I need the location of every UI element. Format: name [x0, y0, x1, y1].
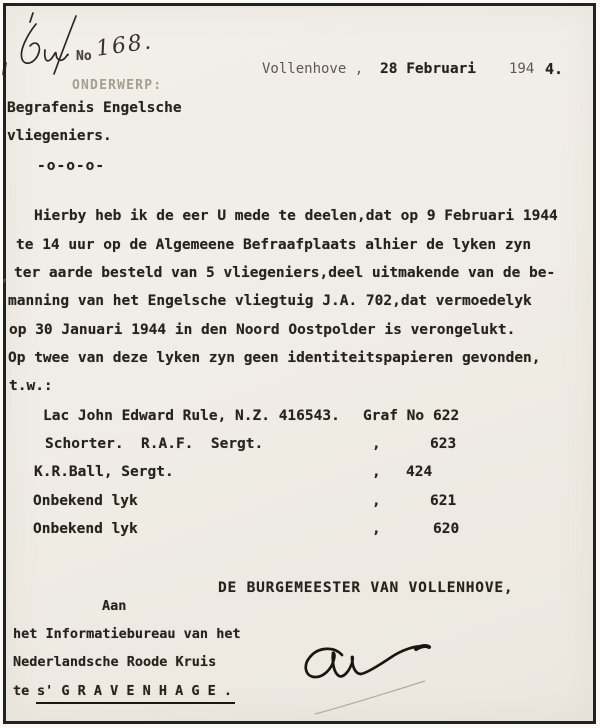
ditto-mark: ,: [372, 465, 381, 481]
grave-name: Onbekend lyk: [33, 494, 138, 510]
graf-no-label: Graf No: [363, 409, 424, 425]
body-line: ter aarde besteld van 5 vliegeniers,deel…: [14, 266, 555, 282]
body-line: Op twee van deze lyken zyn geen identite…: [8, 351, 541, 367]
addressee-te-label: te: [13, 684, 29, 699]
ditto-mark: ,: [372, 494, 381, 510]
ditto-mark: ,: [372, 437, 381, 453]
dateline-day-month: 28 Februari: [380, 62, 476, 78]
addressee-city: s' G R A V E N H A G E .: [36, 684, 235, 704]
grave-name: Lac John Edward Rule, N.Z. 416543.: [43, 409, 340, 425]
body-line: Hierby heb ik de eer U mede te deelen,da…: [34, 209, 558, 225]
grave-name: Onbekend lyk: [33, 522, 138, 538]
body-line: te 14 uur op de Algemeene Befraafplaats …: [16, 238, 531, 254]
addressee-aan: Aan: [102, 599, 126, 614]
grave-number: 424: [406, 465, 432, 481]
addressee-line: het Informatiebureau van het: [13, 627, 241, 642]
dateline-year-preprint: 194: [509, 62, 534, 77]
onderwerp-label: ONDERWERP:: [72, 79, 162, 93]
subject-line-2: vliegeniers.: [7, 129, 112, 145]
scan-artifact-mark: ,: [1, 270, 8, 284]
body-line: op 30 Januari 1944 in den Noord Oostpold…: [9, 323, 515, 339]
addressee-line: Nederlandsche Roode Kruis: [13, 655, 216, 670]
body-line: manning van het Engelsche vliegtuig J.A.…: [8, 294, 532, 310]
grave-name: K.R.Ball, Sergt.: [34, 465, 174, 481]
grave-number: 622: [433, 409, 459, 425]
grave-number: 621: [430, 494, 456, 510]
subject-line-1: Begrafenis Engelsche: [7, 101, 182, 117]
body-line: t.w.:: [9, 379, 53, 395]
ref-no-label: No: [76, 50, 92, 64]
grave-number: 620: [433, 522, 459, 538]
dateline-year-digit: 4.: [545, 61, 563, 78]
ditto-mark: ,: [372, 522, 381, 538]
dateline-place: Vollenhove ,: [262, 62, 363, 77]
subject-separator: -o-o-o-: [37, 159, 105, 175]
grave-number: 623: [430, 437, 456, 453]
signer-line: DE BURGEMEESTER VAN VOLLENHOVE,: [218, 581, 513, 597]
grave-name: Schorter. R.A.F. Sergt.: [45, 437, 263, 453]
